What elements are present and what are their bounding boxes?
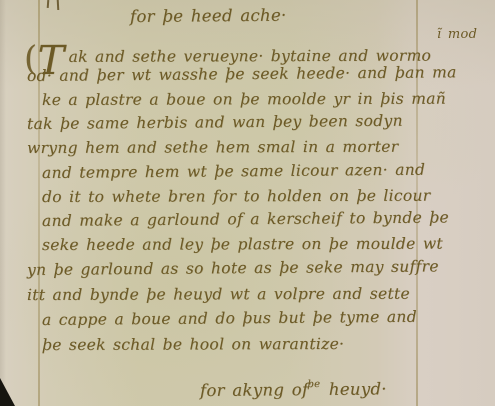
manuscript-line: do it to whete bren for to holden on þe … xyxy=(42,189,431,206)
manuscript-line: tak þe same herbis and wan þey been sody… xyxy=(27,114,403,133)
recipe-heading-bottom: for akyng ofþe heuyd· xyxy=(200,381,387,399)
cropped-text-fragment xyxy=(47,0,50,8)
manuscript-photo: for þe heed ache· ĩ mod (Tak and sethe v… xyxy=(0,0,495,406)
manuscript-line: itt and bynde þe heuyd wt a volpre and s… xyxy=(27,287,410,304)
manuscript-line: seke heede and ley þe plastre on þe moul… xyxy=(42,237,443,254)
manuscript-line: wryng hem and sethe hem smal in a morter xyxy=(27,140,398,157)
photo-corner-shadow xyxy=(0,378,15,406)
manuscript-line: a cappe a boue and do þus but þe tyme an… xyxy=(42,310,417,329)
manuscript-line: and make a garlound of a kerscheif to by… xyxy=(42,210,449,229)
heading-bottom-superscript: þe xyxy=(307,379,320,390)
heading-bottom-text: for akyng of xyxy=(200,380,309,400)
manuscript-line: od· and þer wt wasshe þe seek heede· and… xyxy=(27,65,457,84)
cropped-text-fragment xyxy=(57,0,60,10)
manuscript-line: yn þe garlound as so hote as þe seke may… xyxy=(27,259,439,278)
manuscript-line: and tempre hem wt þe same licour azen· a… xyxy=(42,163,425,182)
manuscript-line: ke a plastre a boue on þe moolde yr in þ… xyxy=(42,92,446,109)
recipe-heading-top: for þe heed ache· xyxy=(130,8,287,26)
heading-bottom-text: heuyd· xyxy=(321,379,387,399)
margin-note: ĩ mod xyxy=(437,27,477,42)
manuscript-line: þe seek schal be hool on warantize· xyxy=(42,337,344,354)
page-edge-shading xyxy=(0,0,6,406)
